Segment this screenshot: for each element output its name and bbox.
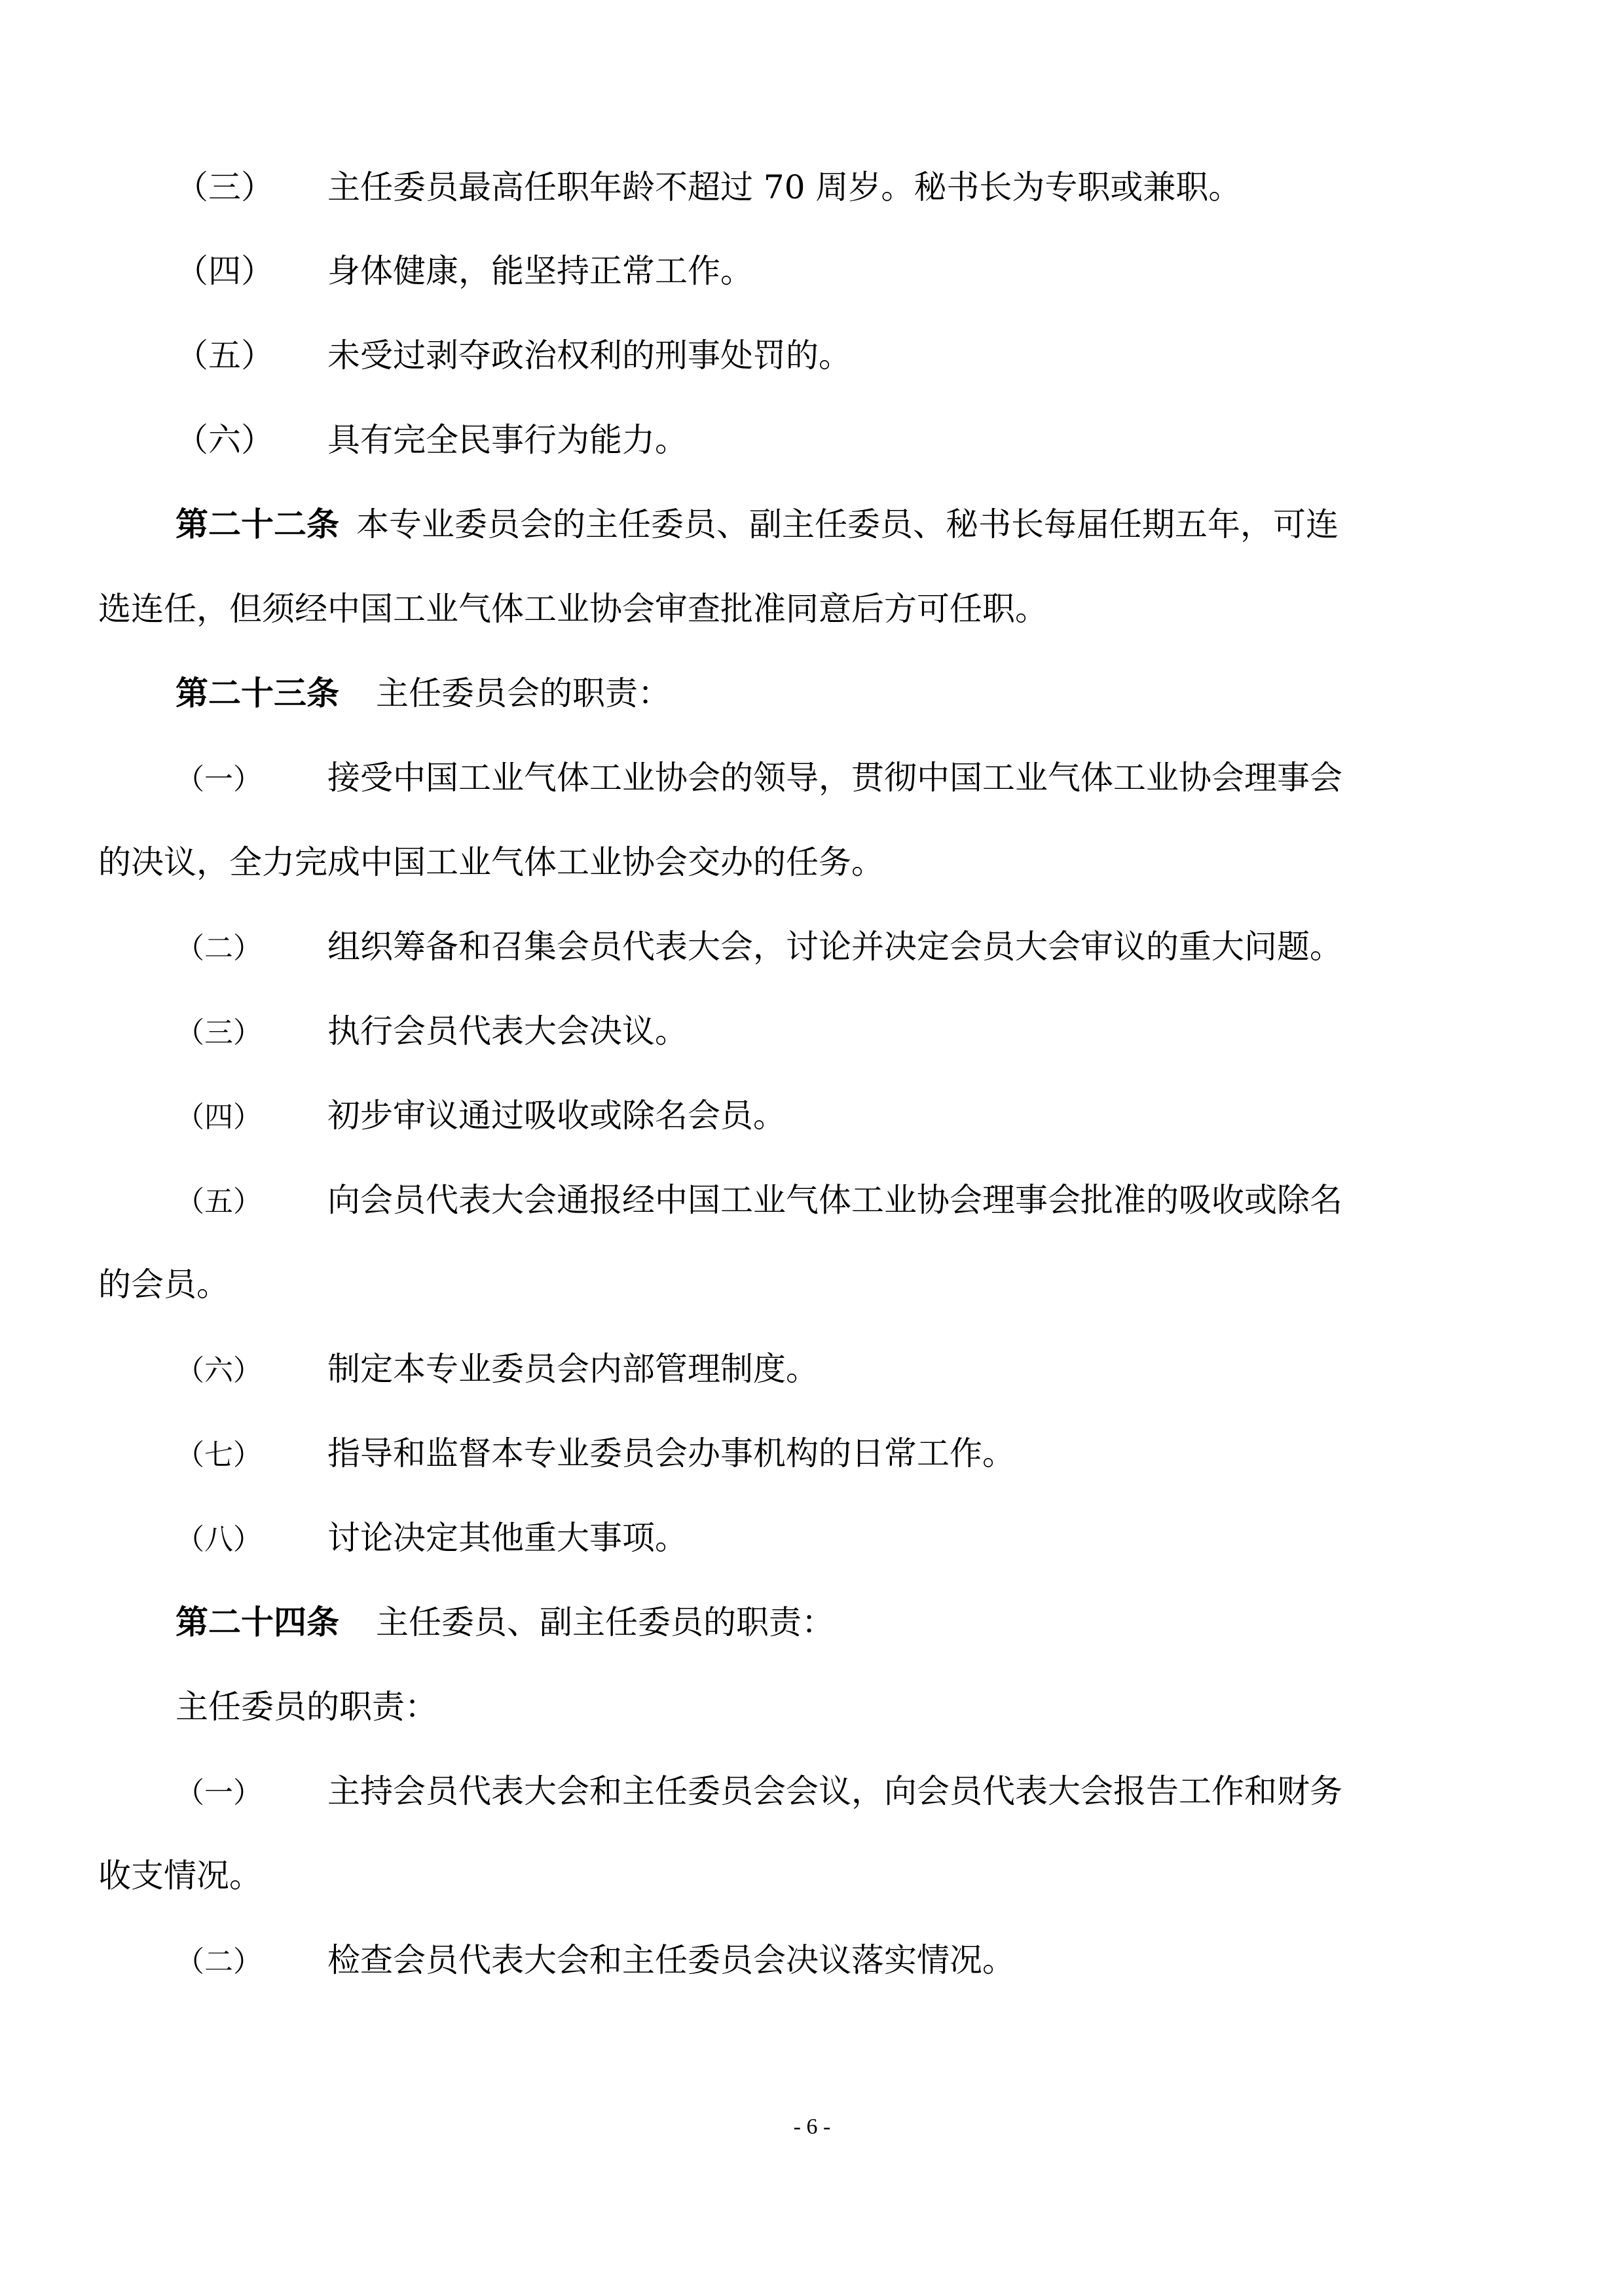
article-22: 第二十二条本专业委员会的主任委员、副主任委员、秘书长每届任期五年，可连 [175,505,1610,544]
item-text: 主任委员最高任职年龄不超过 70 周岁。秘书长为专职或兼职。 [327,168,1241,206]
item-label: （四） [175,251,327,291]
item-label: （三） [175,168,327,207]
item-text: 具有完全民事行为能力。 [327,421,688,459]
article-24: 第二十四条主任委员、副主任委员的职责： [175,1603,1610,1642]
item-text: 接受中国工业气体工业协会的领导，贯彻中国工业气体工业协会理事会 [327,759,1342,797]
item-text: 向会员代表大会通报经中国工业气体工业协会理事会批准的吸收或除名 [327,1181,1342,1219]
list-item: （五）未受过剥夺政治权利的刑事处罚的。 [175,336,1610,375]
item-label: （二） [175,929,327,968]
item-label: （一） [175,1774,327,1813]
article-text: 主任委员会的职责： [376,674,671,712]
item-text: 制定本专业委员会内部管理制度。 [327,1350,819,1388]
document-page: （三）主任委员最高任职年龄不超过 70 周岁。秘书长为专职或兼职。 （四）身体健… [0,0,1624,2296]
list-item: （一）主持会员代表大会和主任委员会会议，向会员代表大会报告工作和财务 [175,1772,1610,1813]
list-item: （五）向会员代表大会通报经中国工业气体工业协会理事会批准的吸收或除名 [175,1180,1610,1222]
item-label: （六） [175,1351,327,1391]
list-item: （四）身体健康，能坚持正常工作。 [175,251,1610,291]
article-22-continuation: 选连任，但须经中国工业气体工业协会审查批准同意后方可任职。 [98,589,1532,629]
list-item: （三）执行会员代表大会决议。 [175,1011,1610,1053]
list-item: （六）具有完全民事行为能力。 [175,420,1610,460]
article-number: 第二十四条 [175,1603,339,1641]
item-continuation: 的会员。 [98,1265,1532,1304]
article-text: 主任委员、副主任委员的职责： [376,1603,834,1641]
item-label: （八） [175,1520,327,1559]
list-item: （一）接受中国工业气体工业协会的领导，贯彻中国工业气体工业协会理事会 [175,758,1610,799]
list-item: （八）讨论决定其他重大事项。 [175,1518,1610,1559]
item-continuation: 的决议，全力完成中国工业气体工业协会交办的任务。 [98,843,1532,882]
item-text: 检查会员代表大会和主任委员会决议落实情况。 [327,1941,1015,1979]
item-text: 身体健康，能坚持正常工作。 [327,252,753,290]
item-text: 初步审议通过吸收或除名会员。 [327,1097,786,1135]
item-label: （七） [175,1436,327,1475]
item-text: 未受过剥夺政治权利的刑事处罚的。 [327,337,851,374]
item-text: 讨论决定其他重大事项。 [327,1519,688,1557]
list-item: （七）指导和监督本专业委员会办事机构的日常工作。 [175,1434,1610,1475]
list-item: （三）主任委员最高任职年龄不超过 70 周岁。秘书长为专职或兼职。 [175,168,1610,207]
paragraph: 主任委员的职责： [175,1687,1610,1726]
list-item: （四）初步审议通过吸收或除名会员。 [175,1096,1610,1137]
item-label: （一） [175,760,327,799]
article-number: 第二十三条 [175,674,339,712]
list-item: （六）制定本专业委员会内部管理制度。 [175,1349,1610,1391]
item-label: （五） [175,336,327,375]
article-23: 第二十三条主任委员会的职责： [175,674,1610,713]
list-item: （二）组织筹备和召集会员代表大会，讨论并决定会员大会审议的重大问题。 [175,927,1610,968]
item-text: 组织筹备和召集会员代表大会，讨论并决定会员大会审议的重大问题。 [327,928,1342,966]
article-number: 第二十二条 [175,505,339,543]
item-label: （五） [175,1182,327,1222]
item-text: 指导和监督本专业委员会办事机构的日常工作。 [327,1434,1015,1472]
item-label: （四） [175,1098,327,1137]
item-continuation: 收支情况。 [98,1856,1532,1895]
item-label: （六） [175,420,327,460]
item-label: （三） [175,1013,327,1053]
item-text: 主持会员代表大会和主任委员会会议，向会员代表大会报告工作和财务 [327,1772,1342,1810]
list-item: （二）检查会员代表大会和主任委员会决议落实情况。 [175,1941,1610,1982]
article-text: 本专业委员会的主任委员、副主任委员、秘书长每届任期五年，可连 [356,505,1338,543]
item-label: （二） [175,1942,327,1982]
item-text: 执行会员代表大会决议。 [327,1012,688,1050]
page-number: - 6 - [0,2115,1624,2140]
